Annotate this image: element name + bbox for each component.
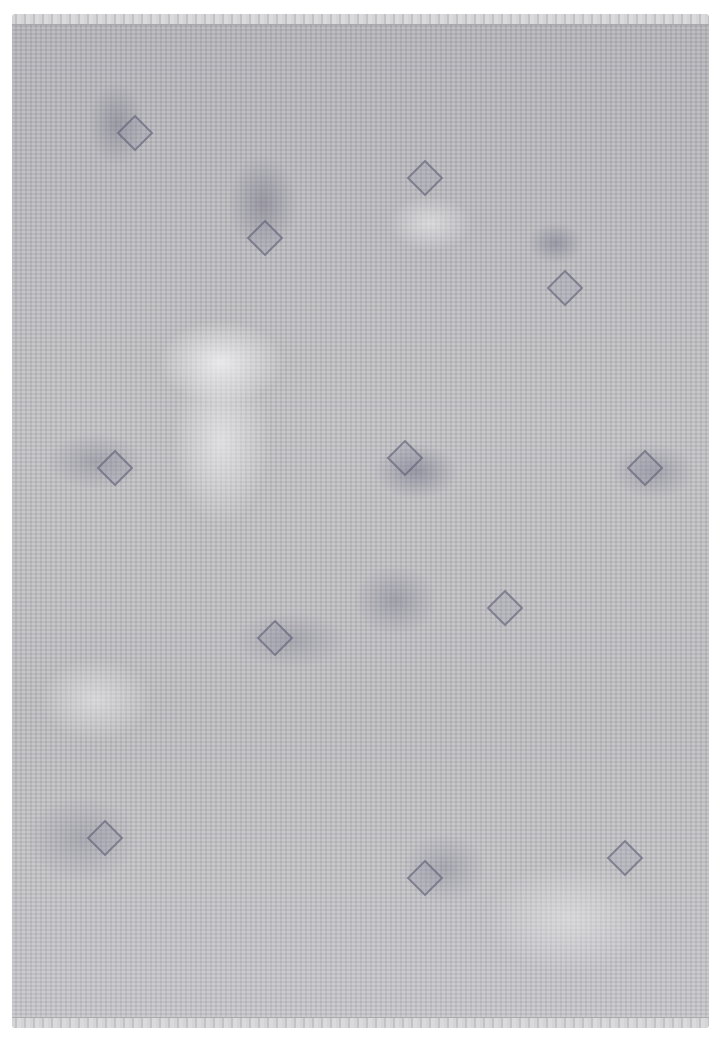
rug-motif — [97, 450, 134, 487]
rug-top-fringe — [12, 14, 709, 25]
rug-product-image: Grey and off-white distressed vintage-st… — [12, 14, 709, 1028]
rug-motif — [387, 440, 424, 477]
rug-motif — [407, 860, 444, 897]
rug-motif — [607, 840, 644, 877]
rug-motif — [87, 820, 124, 857]
rug-motif — [247, 220, 284, 257]
rug-motif — [627, 450, 664, 487]
rug-bottom-fringe — [12, 1017, 709, 1028]
rug-motif — [487, 590, 524, 627]
rug-motif — [547, 270, 584, 307]
rug-motif — [407, 160, 444, 197]
rug-motif — [117, 115, 154, 152]
rug-pattern-field — [12, 25, 709, 1017]
rug-motif — [257, 620, 294, 657]
